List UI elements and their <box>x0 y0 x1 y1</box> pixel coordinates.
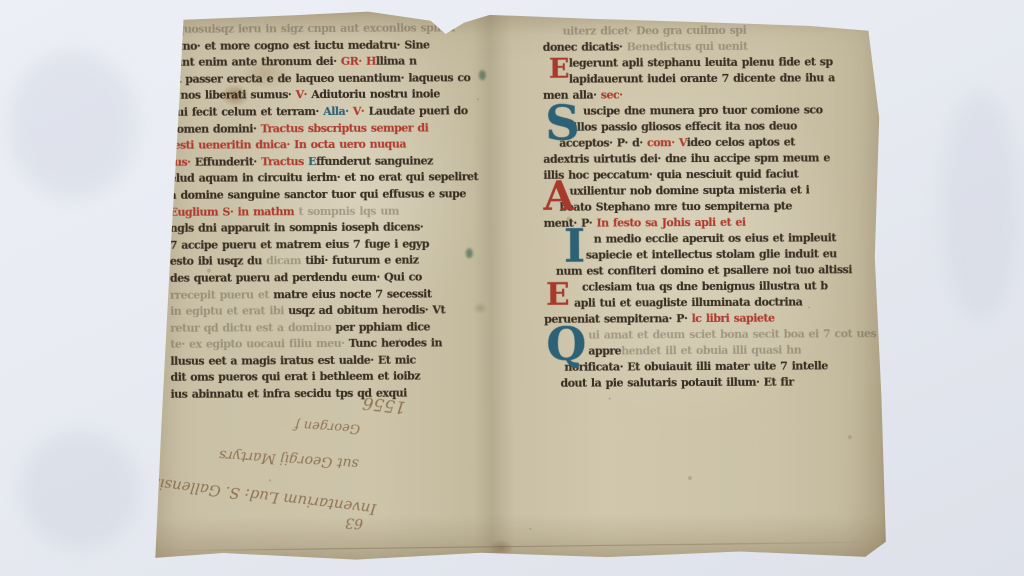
text-line: 7 accipe pueru et matrem eius 7 fuge i e… <box>170 236 474 254</box>
text-segment: lapidauerunt iudei orante 7 dicente dne … <box>569 71 835 85</box>
illuminated-initial: E <box>546 282 570 310</box>
handwritten-inscription: sut Georgij Martyrs <box>219 447 360 472</box>
text-line: sunt enim ante thronum dei· GR· Hllima n <box>169 53 473 71</box>
text-segment: dout la pie salutaris potauit illum· Et … <box>560 376 793 390</box>
text-line: elud aquam in circuitu ierlm· et no erat… <box>169 170 473 188</box>
text-line: agno· et more cogno est iuctu medatru· S… <box>169 37 473 55</box>
text-line: retur qd dictu est a domino per pphiam d… <box>170 319 474 337</box>
text-line: sapiecie et intellectus stolam glie indu… <box>544 246 874 264</box>
text-segment: sapiecie et intellectus stolam glie indu… <box>586 247 837 261</box>
text-segment: sec· <box>601 88 623 101</box>
text-segment: beato Stephano mre tuo sempiterna pte <box>560 200 792 214</box>
text-segment: Tractus sbscriptus semper di <box>261 121 429 135</box>
text-segment: donec dicatis· <box>543 40 627 53</box>
text-segment: ideo celos aptos et <box>687 136 795 150</box>
text-segment: com· <box>647 136 679 149</box>
text-segment: num est confiteri domino et psallere noi… <box>556 263 852 278</box>
text-segment: Benedictus qui uenit <box>627 40 748 54</box>
text-segment: Euglium S· in mathm <box>170 205 295 219</box>
text-segment: Laudate pueri do <box>368 104 467 118</box>
text-segment: des querat pueru ad perdendu eum· Qui co <box>170 270 422 284</box>
text-segment: uiterz dicet· Deo gra cuilmo spi <box>563 24 747 38</box>
text-line: des querat pueru ad perdendu eum· Qui co <box>170 269 474 287</box>
text-line: qui fecit celum et terram· Alla· V· Laud… <box>169 103 473 121</box>
text-segment: retur qd dictu est a domino <box>170 321 335 335</box>
text-segment: Alla· <box>323 105 353 118</box>
text-line: te· ex egipto uocaui filiu meu· Tunc her… <box>170 336 474 354</box>
text-segment: qui fecit celum et terram· <box>169 105 323 119</box>
text-line: men alla· sec· <box>543 86 873 104</box>
text-line: num est confiteri domino et psallere noi… <box>544 262 874 280</box>
text-segment: matre eius nocte 7 secessit <box>273 287 431 301</box>
right-page-text: uiterz dicet· Deo gra cuilmo spidonec di… <box>543 22 875 392</box>
horizontal-crease <box>159 542 877 552</box>
text-segment: llusus eet a magis iratus est ualde· Et … <box>170 353 415 367</box>
text-line: apprehendet ill et obuia illi quasi hn <box>544 342 874 360</box>
text-segment: appre <box>588 344 621 357</box>
text-segment: per pphiam dice <box>335 320 430 333</box>
left-page-text: quosuisqz ieru in sigz cnpn aut exconlio… <box>169 20 475 403</box>
text-segment: apli tui et euagliste illuminata doctrin… <box>574 296 802 310</box>
text-line: apli tui et euagliste illuminata doctrin… <box>544 294 874 312</box>
text-segment: 7 accipe pueru et matrem eius 7 fuge i e… <box>170 237 429 251</box>
text-segment: festi ueneritin dnica· In octa uero nuqu… <box>169 138 406 152</box>
text-line: cclesiam tua qs dne benignus illustra ut… <box>544 278 874 296</box>
text-line: ius abinnatu et infra secidu tps qd exqu… <box>171 385 475 403</box>
photograph-of-manuscript: quosuisqz ieru in sigz cnpn aut exconlio… <box>0 0 1024 576</box>
text-segment: E <box>308 155 316 168</box>
text-line: ment· P· In festo sa Johis apli et ei <box>544 214 874 232</box>
text-segment: Tunc herodes in <box>349 337 442 350</box>
text-line: ui amat et deum sciet bona secit boa ei … <box>544 326 874 344</box>
text-segment: nomen domini· <box>169 122 261 135</box>
text-segment: 7 nos liberati sumus· <box>169 89 296 103</box>
illuminated-initial: S <box>545 103 580 146</box>
text-segment: te· ex egipto uocaui filiu meu· <box>170 337 349 351</box>
text-segment: H <box>366 55 376 68</box>
text-line: nomen domini· Tractus sbscriptus semper … <box>169 120 473 138</box>
text-segment: V· <box>296 88 312 101</box>
text-line: n medio ecclie aperuit os eius et impleu… <box>544 230 874 248</box>
text-line: in egiptu et erat ibi usqz ad obitum her… <box>170 302 474 320</box>
text-segment: Tractus <box>261 155 308 168</box>
text-line: tus· Effunderit· Tractus Effunderut sang… <box>169 153 473 171</box>
text-segment: ut passer erecta e de laqueo uenantium· … <box>169 71 471 86</box>
text-line: dit oms pueros qui erat i bethleem et io… <box>170 369 474 387</box>
illuminated-initial: E <box>549 58 570 82</box>
handwritten-year: 1556 <box>362 392 407 417</box>
text-segment: In festo sa Johis apli et ei <box>596 216 745 230</box>
text-line: uxilientur nob domine supta misteria et … <box>543 182 873 200</box>
text-segment: agno· et more cogno est iuctu medatru· S… <box>169 38 430 52</box>
text-line: acceptos· P· d· com· Video celos aptos e… <box>543 134 873 152</box>
manuscript-leaf: quosuisqz ieru in sigz cnpn aut exconlio… <box>147 6 888 568</box>
text-segment: GR· <box>341 55 366 68</box>
handwritten-inscription: Inventarium Lud: S. Gallensis <box>151 474 377 518</box>
text-segment: legerunt apli stephanu leuita plenu fide… <box>569 55 833 69</box>
text-segment: ui amat et deum sciet bona secit boa ei … <box>588 327 876 342</box>
paper-showthrough <box>8 50 138 200</box>
text-segment: n medio ecclie aperuit os eius et impleu… <box>594 231 836 245</box>
text-segment: Adiutoriu nostru inoie <box>311 88 440 102</box>
text-segment: hendet ill et obuia illi quasi hn <box>621 344 801 358</box>
text-line: perueniat sempiterna· P· lc libri sapiet… <box>544 310 874 328</box>
text-segment: illis hoc peccatum· quia nesciuit quid f… <box>543 168 798 182</box>
handwritten-inscription: Georgen f <box>294 417 360 436</box>
parchment-specks <box>147 10 149 12</box>
text-segment: ffunderut sanguinez <box>316 154 433 168</box>
text-segment: dit oms pueros qui erat i bethleem et io… <box>170 370 420 384</box>
green-pigment-mark <box>479 70 486 80</box>
text-segment: elud aquam in circuitu ierlm· et no erat… <box>169 171 478 186</box>
text-line: festi ueneritin dnica· In octa uero nuqu… <box>169 136 473 154</box>
text-segment: norificata· Et obuiauit illi mater uite … <box>564 359 827 373</box>
text-segment: tibi· futurum e eniz <box>305 254 418 268</box>
text-line: esto ibi usqz du dicam tibi· futurum e e… <box>170 253 474 271</box>
paper-showthrough <box>20 430 140 550</box>
text-segment: a domine sanguine sanctor tuor qui effus… <box>169 187 465 202</box>
text-segment: tus· <box>169 155 195 168</box>
text-line: ut passer erecta e de laqueo uenantium· … <box>169 70 473 88</box>
text-segment: rrecepit pueru et <box>170 288 273 302</box>
text-line: illos passio gliosos effecit ita nos deu… <box>543 118 873 136</box>
text-line: Euglium S· in mathm t sompnis lqs um <box>170 203 474 221</box>
text-segment: usqz ad obitum herodis· Vt <box>288 303 445 317</box>
text-line: ngls dni apparuit in sompnis ioseph dice… <box>170 219 474 237</box>
text-line: dout la pie salutaris potauit illum· Et … <box>544 374 874 392</box>
text-line: lapidauerunt iudei orante 7 dicente dne … <box>543 70 873 88</box>
text-segment: t sompnis lqs um <box>294 204 399 218</box>
handwritten-folio-number: 63 <box>345 514 364 531</box>
text-line: uscipe dne munera pro tuor comione sco <box>543 102 873 120</box>
text-line: illis hoc peccatum· quia nesciuit quid f… <box>543 166 873 184</box>
text-segment: lc libri sapiete <box>692 312 775 325</box>
text-line: norificata· Et obuiauit illi mater uite … <box>544 358 874 376</box>
text-segment: uxilientur nob domine supta misteria et … <box>569 183 809 197</box>
text-segment: quosuisqz ieru in sigz cnpn aut exconlio… <box>177 21 455 35</box>
text-segment: adextris uirtutis dei· dne ihu accipe sp… <box>543 151 830 166</box>
text-segment: dicam <box>266 254 305 267</box>
text-segment: sunt enim ante thronum dei· <box>169 55 341 69</box>
illuminated-initial: I <box>564 226 586 268</box>
text-line: rrecepit pueru et matre eius nocte 7 sec… <box>170 286 474 304</box>
text-segment: uscipe dne munera pro tuor comione sco <box>583 103 823 117</box>
text-line: adextris uirtutis dei· dne ihu accipe sp… <box>543 150 873 168</box>
illuminated-initial: A <box>543 179 574 215</box>
text-segment: esto ibi usqz du <box>170 255 266 269</box>
text-segment: cclesiam tua qs dne benignus illustra ut… <box>582 279 828 293</box>
text-segment: V· <box>353 105 369 118</box>
text-line: quosuisqz ieru in sigz cnpn aut exconlio… <box>169 20 473 38</box>
text-line: uiterz dicet· Deo gra cuilmo spi <box>543 22 873 40</box>
text-line: a domine sanguine sanctor tuor qui effus… <box>169 186 473 204</box>
text-segment: ngls dni apparuit in sompnis ioseph dice… <box>170 221 424 235</box>
text-segment: in egiptu et erat ibi <box>170 304 288 318</box>
text-line: 7 nos liberati sumus· V· Adiutoriu nostr… <box>169 87 473 105</box>
text-line: legerunt apli stephanu leuita plenu fide… <box>543 54 873 72</box>
paper-showthrough <box>940 90 1020 320</box>
text-line: beato Stephano mre tuo sempiterna pte <box>544 198 874 216</box>
text-segment: llima n <box>376 55 417 68</box>
text-line: llusus eet a magis iratus est ualde· Et … <box>170 352 474 370</box>
text-segment: Effunderit· <box>195 155 261 168</box>
text-line: donec dicatis· Benedictus qui uenit <box>543 38 873 56</box>
illuminated-initial: Q <box>546 324 586 366</box>
text-segment: illos passio gliosos effecit ita nos deu… <box>573 120 797 134</box>
